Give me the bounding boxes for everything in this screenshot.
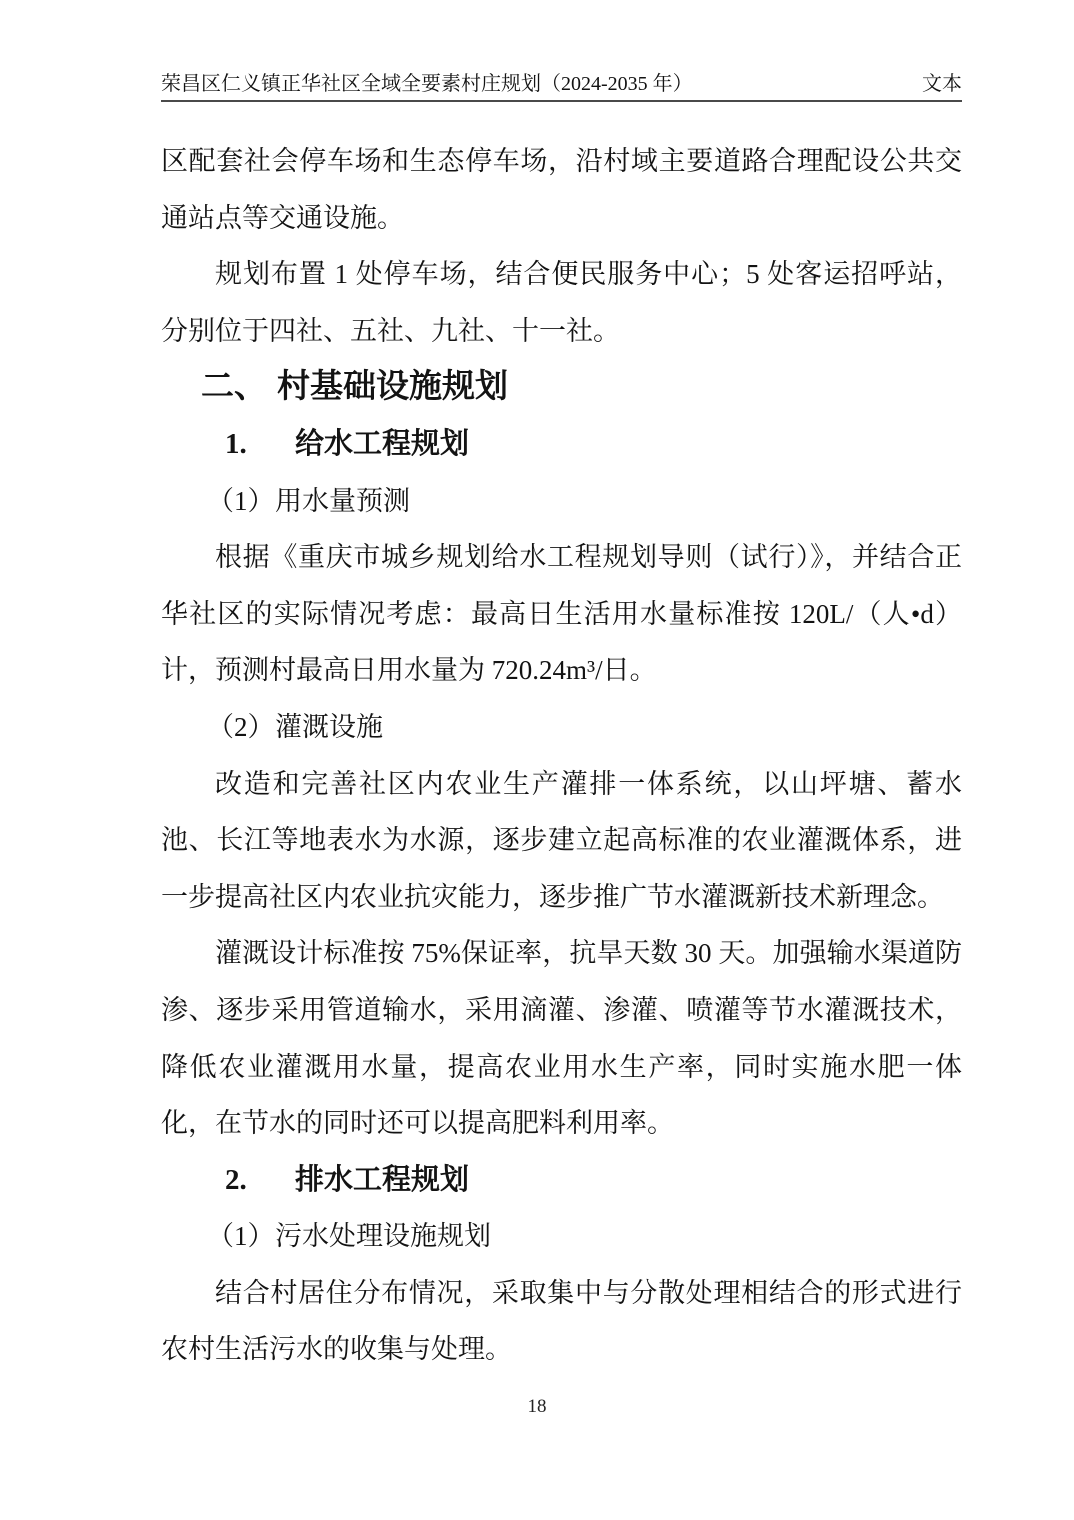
document-body: 区配套社会停车场和生态停车场，沿村域主要道路合理配设公共交通站点等交通设施。 规… bbox=[161, 133, 962, 1378]
subsection-number: （1） bbox=[207, 473, 275, 530]
section-heading-level2: 1.给水工程规划 bbox=[161, 416, 962, 473]
subsection-title: 用水量预测 bbox=[275, 486, 410, 516]
subsection-title: 灌溉设施 bbox=[275, 712, 383, 742]
paragraph: 规划布置 1 处停车场，结合便民服务中心；5 处客运招呼站，分别位于四社、五社、… bbox=[161, 246, 962, 359]
page-number: 18 bbox=[528, 1396, 547, 1417]
paragraph: 结合村居住分布情况，采取集中与分散处理相结合的形式进行农村生活污水的收集与处理。 bbox=[161, 1265, 962, 1378]
heading-number: 1. bbox=[225, 416, 295, 473]
section-heading-level1: 二、村基础设施规划 bbox=[161, 359, 962, 416]
heading-title: 排水工程规划 bbox=[295, 1164, 469, 1196]
paragraph: 改造和完善社区内农业生产灌排一体系统，以山坪塘、蓄水池、长江等地表水为水源，逐步… bbox=[161, 756, 962, 926]
page-footer: 18 bbox=[0, 1396, 1074, 1418]
section-heading-level2: 2.排水工程规划 bbox=[161, 1152, 962, 1209]
header-doc-type-label: 文本 bbox=[922, 70, 962, 98]
heading-title: 村基础设施规划 bbox=[277, 369, 508, 405]
subsection-number: （1） bbox=[207, 1208, 275, 1265]
subsection-number: （2） bbox=[207, 699, 275, 756]
heading-number: 二、 bbox=[201, 359, 277, 416]
heading-title: 给水工程规划 bbox=[295, 428, 469, 460]
subsection-heading: （2）灌溉设施 bbox=[161, 699, 962, 756]
header-title: 荣昌区仁义镇正华社区全域全要素村庄规划（2024-2035 年） bbox=[161, 70, 693, 98]
page-header: 荣昌区仁义镇正华社区全域全要素村庄规划（2024-2035 年） 文本 bbox=[161, 70, 962, 102]
heading-number: 2. bbox=[225, 1152, 295, 1209]
subsection-heading: （1）污水处理设施规划 bbox=[161, 1208, 962, 1265]
document-page: 荣昌区仁义镇正华社区全域全要素村庄规划（2024-2035 年） 文本 区配套社… bbox=[0, 0, 1074, 1520]
subsection-heading: （1）用水量预测 bbox=[161, 473, 962, 530]
paragraph: 灌溉设计标准按 75%保证率，抗旱天数 30 天。加强输水渠道防渗、逐步采用管道… bbox=[161, 925, 962, 1151]
paragraph: 区配套社会停车场和生态停车场，沿村域主要道路合理配设公共交通站点等交通设施。 bbox=[161, 133, 962, 246]
paragraph: 根据《重庆市城乡规划给水工程规划导则（试行）》，并结合正华社区的实际情况考虑：最… bbox=[161, 529, 962, 699]
subsection-title: 污水处理设施规划 bbox=[275, 1221, 491, 1251]
